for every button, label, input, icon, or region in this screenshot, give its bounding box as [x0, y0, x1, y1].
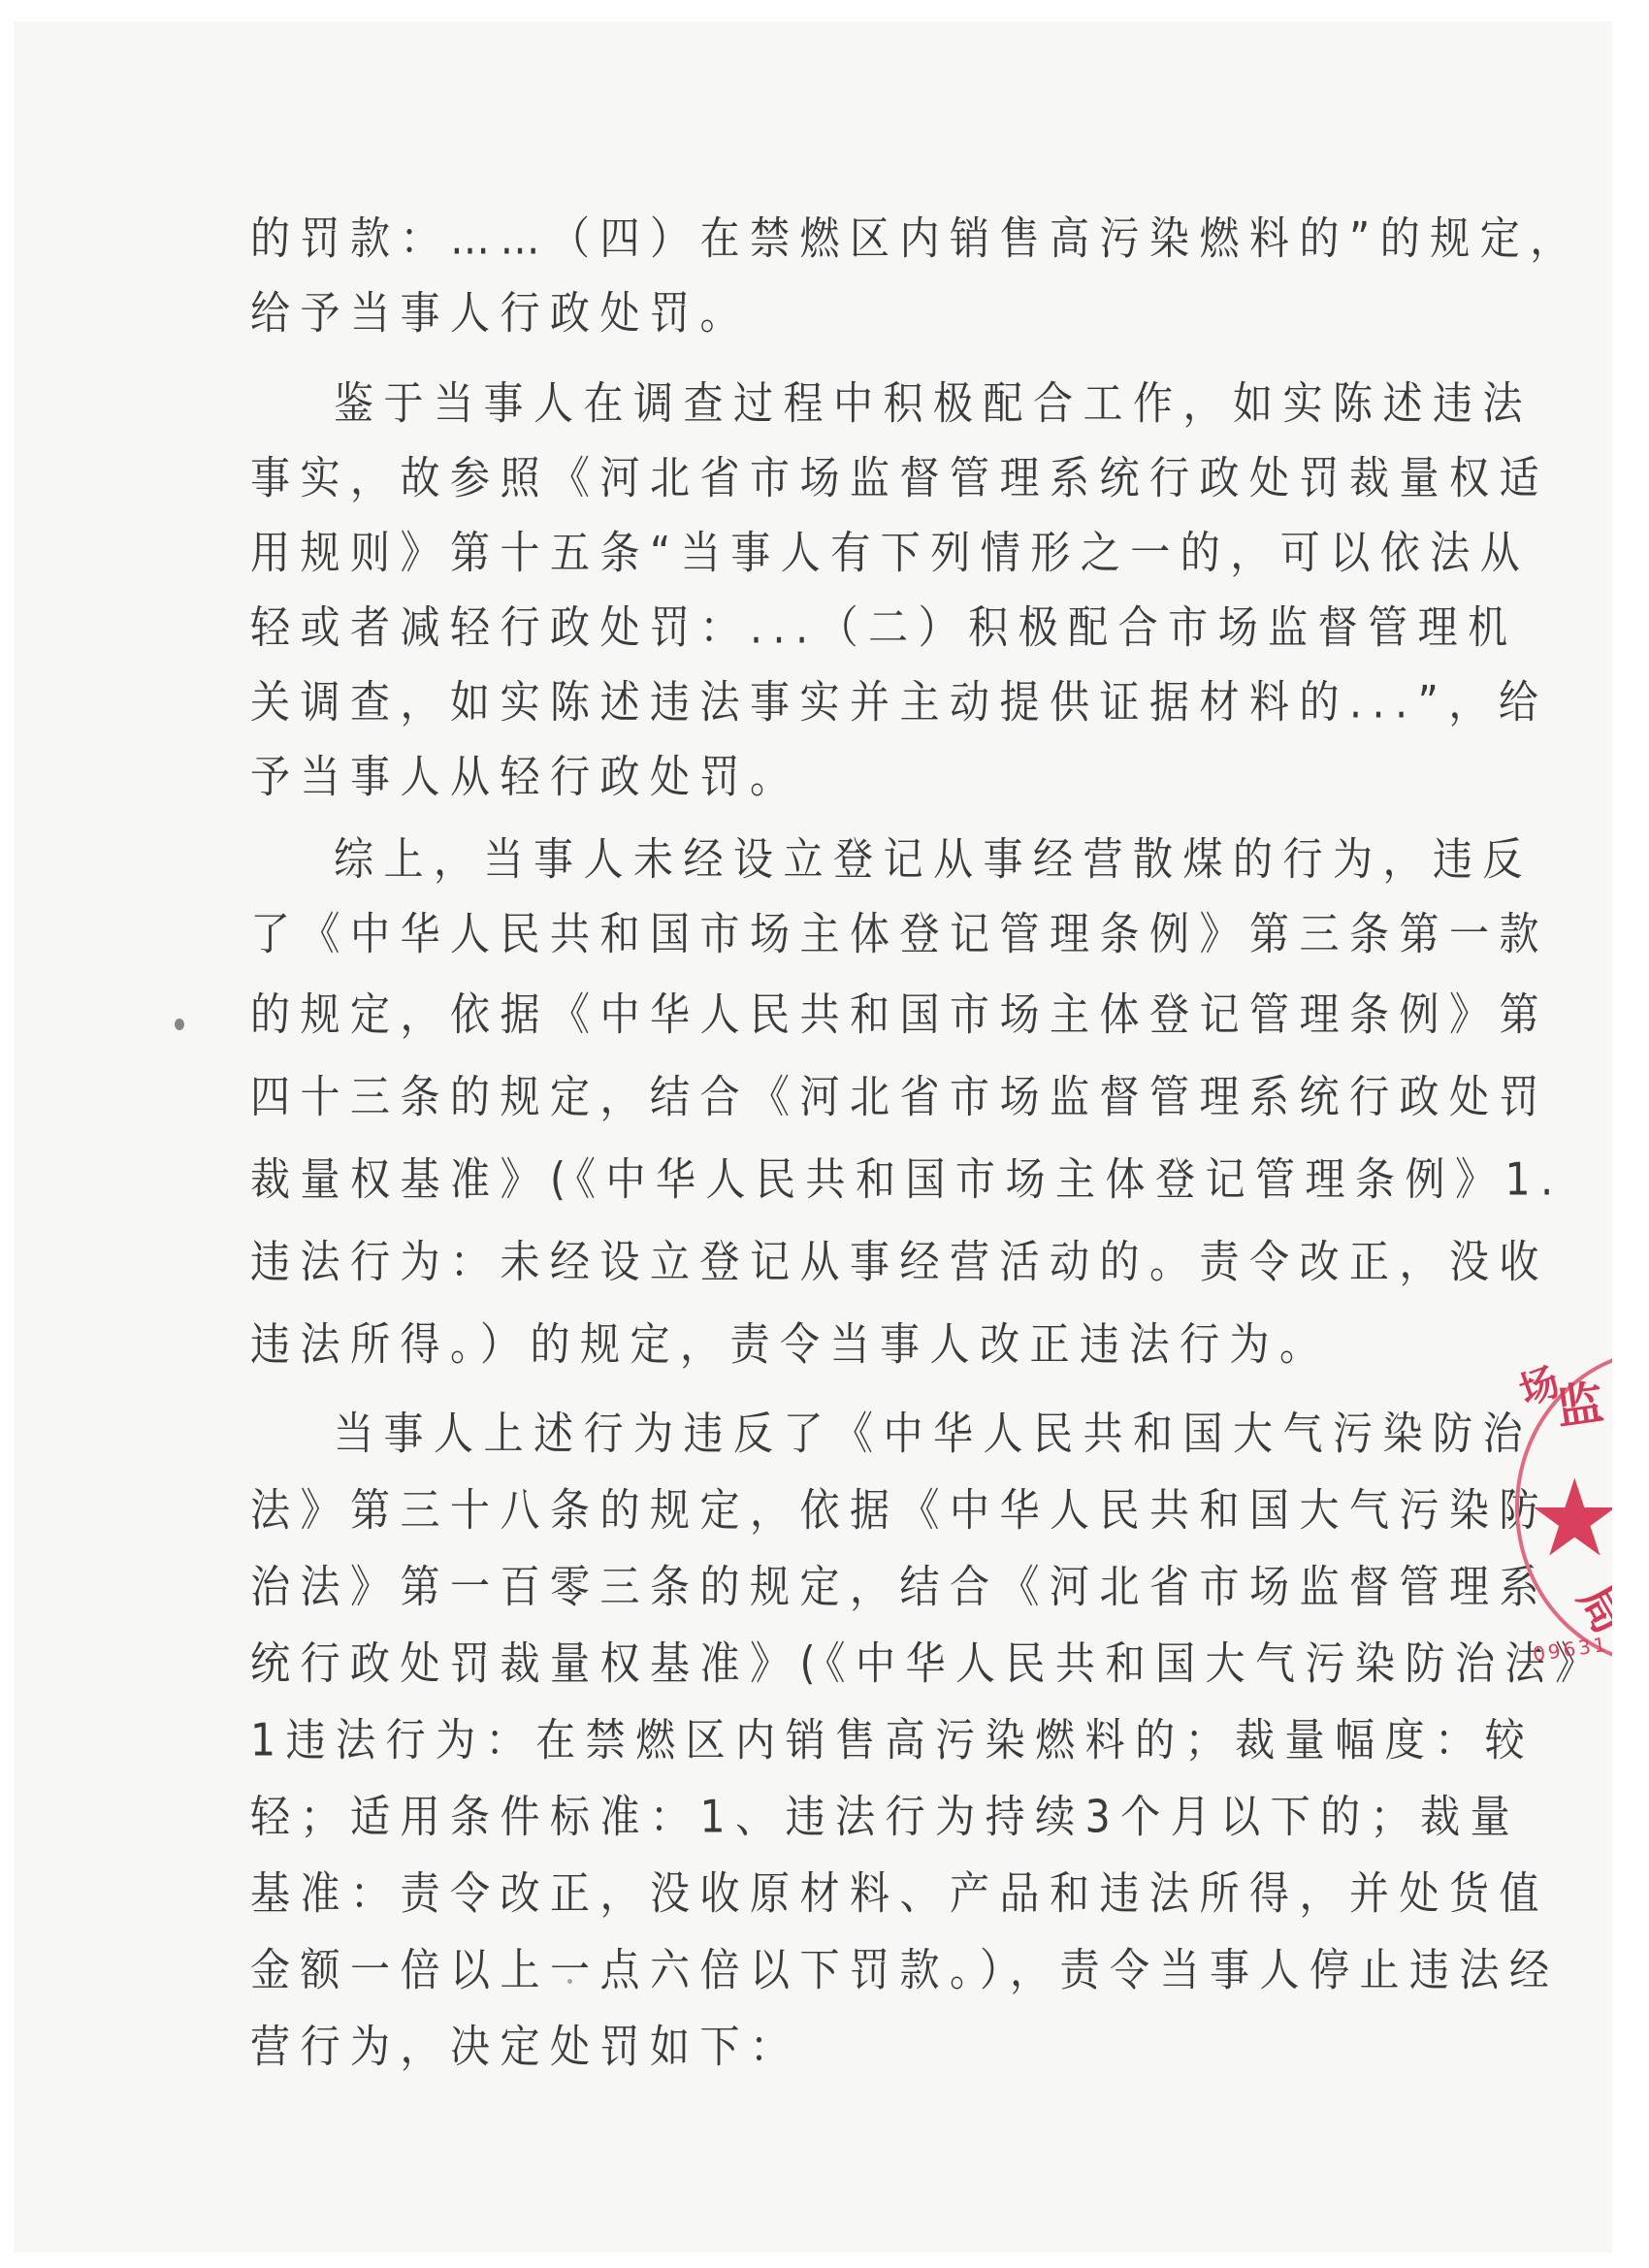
text-line: 治法》第一百零三条的规定，结合《河北省市场监督管理系: [250, 1554, 1549, 1619]
text-line: 的罚款：……（四）在禁燃区内销售高污染燃料的”的规定，: [250, 206, 1580, 271]
text-line: 统行政处罚裁量权基准》(《中华人民共和国大气污染防治法》: [250, 1631, 1605, 1696]
official-seal-stamp: 场 监 ★ 局 09631: [1494, 1329, 1612, 1688]
text-line: 的规定，依据《中华人民共和国市场主体登记管理条例》第: [250, 982, 1549, 1047]
text-line: 事实，故参照《河北省市场监督管理系统行政处罚裁量权适: [250, 445, 1549, 510]
text-line: 裁量权基准》(《中华人民共和国市场主体登记管理条例》1.: [250, 1147, 1564, 1212]
text-line: 营行为，决定处罚如下：: [250, 2014, 800, 2079]
paragraph-start-line: 当事人上述行为违反了《中华人民共和国大气污染防治: [250, 1401, 1533, 1466]
seal-char: 监: [1551, 1365, 1606, 1438]
paragraph-start-line: 综上，当事人未经设立登记从事经营散煤的行为，违反: [250, 826, 1533, 891]
text-line: 法》第三十八条的规定，依据《中华人民共和国大气污染防: [250, 1477, 1549, 1542]
text-line: 违法行为：未经设立登记从事经营活动的。责令改正，没收: [250, 1229, 1549, 1294]
text-line: 用规则》第十五条“当事人有下列情形之一的，可以依法从: [250, 520, 1530, 585]
scan-speck: [567, 1979, 572, 1984]
text-line: 关调查，如实陈述违法事实并主动提供证据材料的...”，给: [250, 669, 1548, 734]
text-line: 予当事人从轻行政处罚。: [250, 744, 800, 809]
paragraph-start-line: 鉴于当事人在调查过程中积极配合工作，如实陈述违法: [250, 371, 1533, 436]
text-line: 四十三条的规定，结合《河北省市场监督管理系统行政处罚: [250, 1064, 1549, 1129]
text-line: 轻；适用条件标准：1、违法行为持续3个月以下的；裁量: [250, 1784, 1520, 1849]
text-line: 基准：责令改正，没收原材料、产品和违法所得，并处货值: [250, 1861, 1549, 1926]
scan-speck: [175, 1019, 184, 1030]
seal-star-icon: ★: [1527, 1465, 1612, 1571]
text-line: 轻或者减轻行政处罚：...（二）积极配合市场监督管理机: [250, 595, 1518, 660]
text-line: 给予当事人行政处罚。: [250, 280, 750, 345]
text-line: 违法所得。）的规定，责令当事人改正违法行为。: [250, 1312, 1330, 1377]
text-line: 1违法行为：在禁燃区内销售高污染燃料的；裁量幅度：较: [250, 1707, 1535, 1772]
text-line: 金额一倍以上一点六倍以下罚款。），责令当事人停止违法经: [250, 1937, 1560, 2002]
text-line: 了《中华人民共和国市场主体登记管理条例》第三条第一款: [250, 901, 1549, 966]
seal-number: 09631: [1532, 1633, 1610, 1667]
